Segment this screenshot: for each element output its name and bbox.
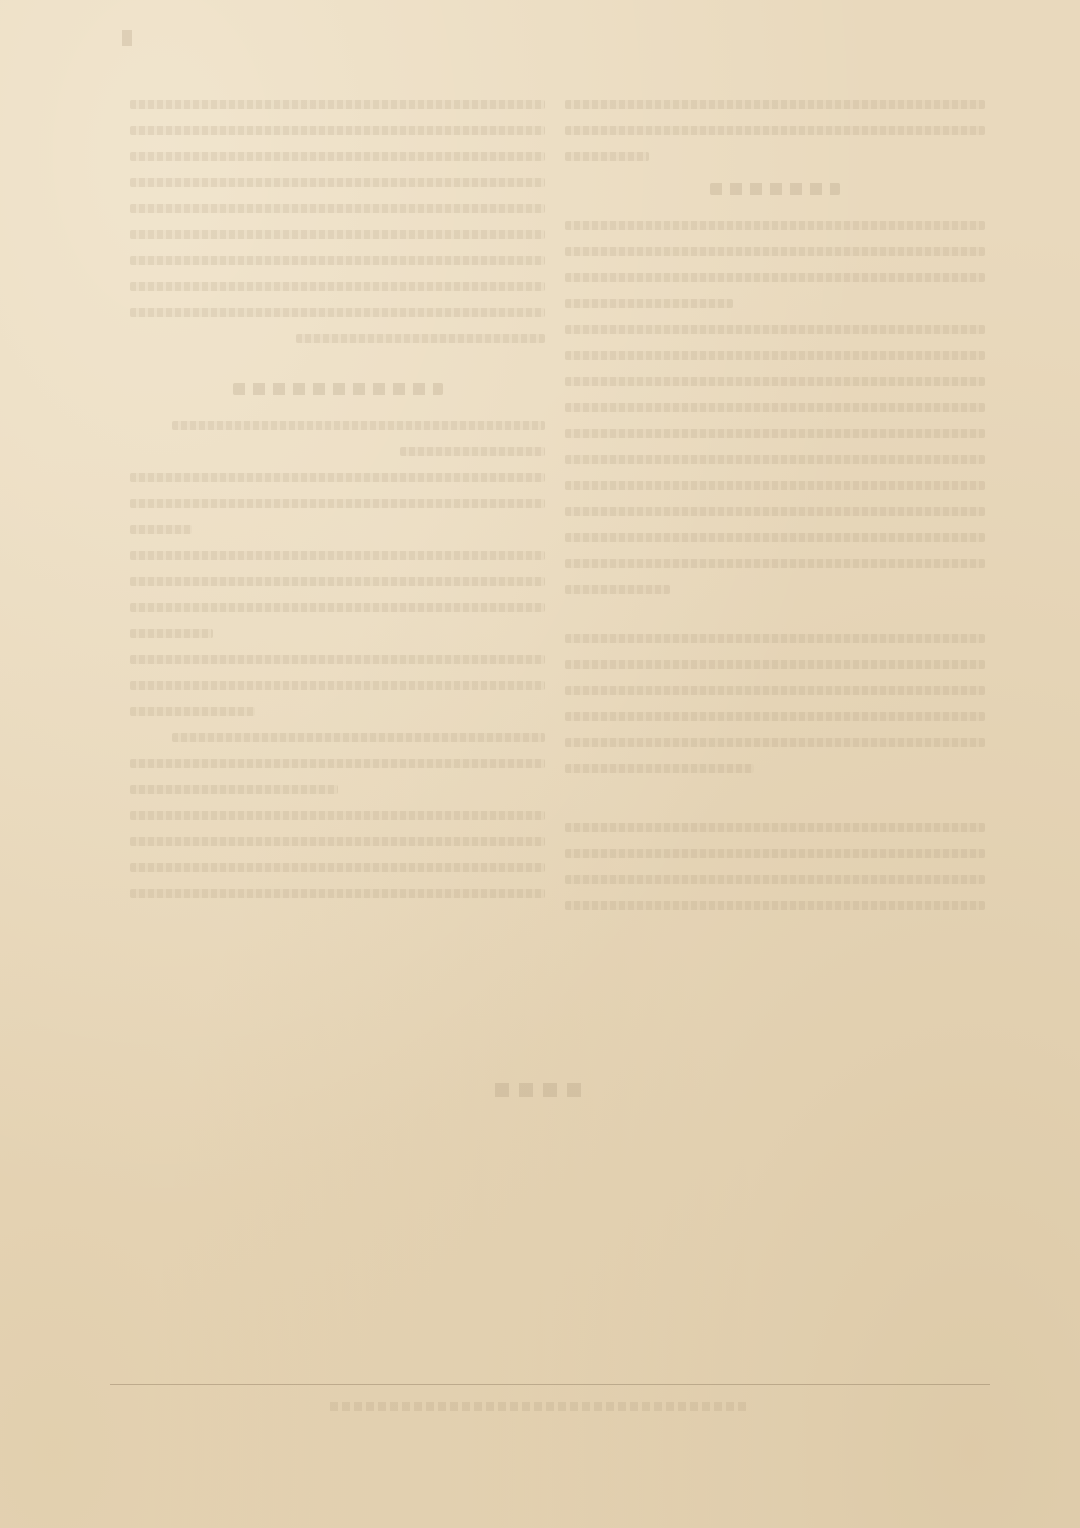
ghost-paragraph <box>130 421 545 898</box>
ghost-paragraph <box>565 100 985 161</box>
footer-ghost-text <box>330 1402 750 1411</box>
signature-ghost <box>495 1083 590 1097</box>
ghost-heading <box>233 383 443 395</box>
ghost-paragraph <box>565 221 985 910</box>
ghost-paragraph <box>130 100 545 343</box>
right-column <box>565 100 985 927</box>
left-column <box>130 100 545 915</box>
document-page <box>0 0 1080 1528</box>
footer-rule <box>110 1384 990 1385</box>
page-number-ghost <box>122 30 132 46</box>
ghost-heading <box>710 183 840 195</box>
